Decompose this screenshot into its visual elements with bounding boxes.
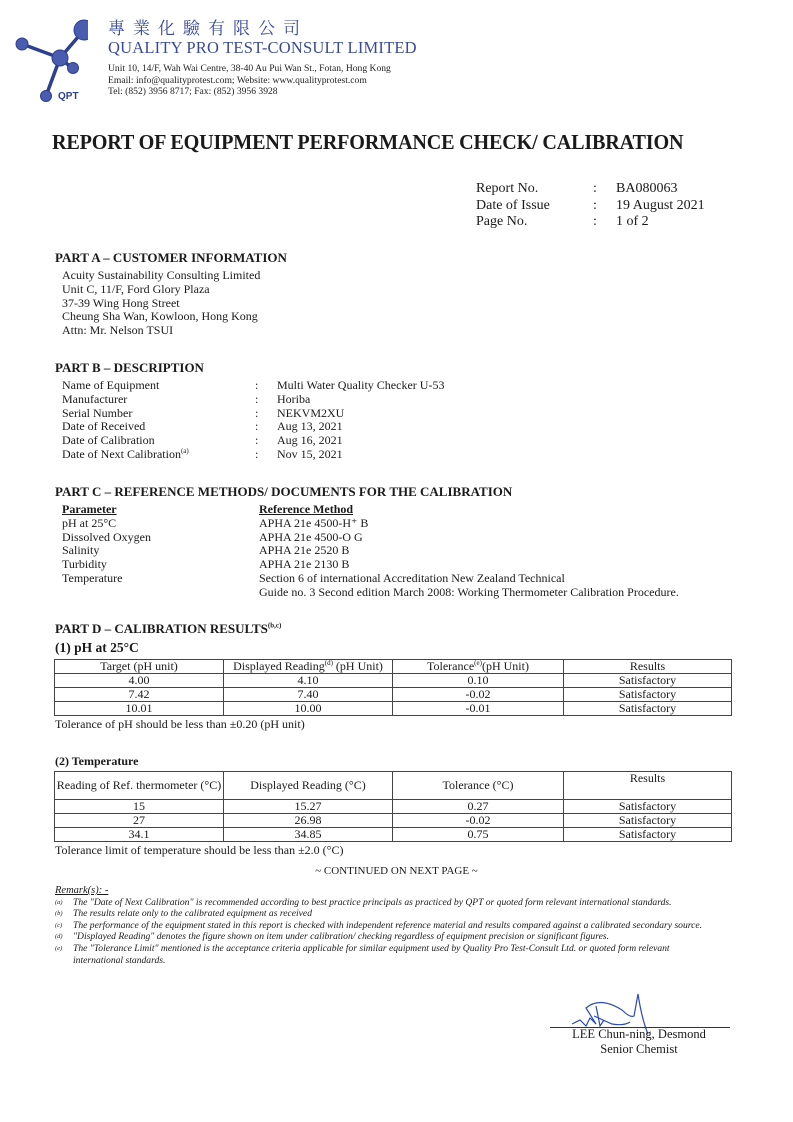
equipment-description: Name of Equipment:Multi Water Quality Ch… xyxy=(62,379,444,462)
method: APHA 21e 4500-H⁺ B xyxy=(259,517,368,531)
meta-label: Report No. xyxy=(476,181,593,198)
contact-line: Email: info@qualityprotest.com; Website:… xyxy=(108,75,391,87)
remark-marker: (a) xyxy=(55,897,73,909)
field-sep: : xyxy=(255,434,277,448)
description-row: Serial Number:NEKVM2XU xyxy=(62,407,444,421)
temperature-tolerance-note: Tolerance limit of temperature should be… xyxy=(55,844,343,858)
meta-row: Page No.:1 of 2 xyxy=(476,214,705,231)
footnote-marker: (a) xyxy=(181,447,189,455)
temperature-results-table: Reading of Ref. thermometer (°C) Display… xyxy=(54,771,732,842)
report-meta: Report No.:BA080063 Date of Issue:19 Aug… xyxy=(476,181,705,231)
footnote-marker: (e) xyxy=(474,659,482,667)
result: Satisfactory xyxy=(564,828,732,842)
description-row: Date of Next Calibration(a):Nov 15, 2021 xyxy=(62,448,444,462)
remarks: Remark(s): - (a)The "Date of Next Calibr… xyxy=(55,885,745,966)
parameter: Salinity xyxy=(62,544,259,558)
remark-item: (b)The results relate only to the calibr… xyxy=(55,908,745,920)
company-name-english: QUALITY PRO TEST-CONSULT LIMITED xyxy=(108,38,417,58)
continued-notice: ~ CONTINUED ON NEXT PAGE ~ xyxy=(0,865,793,877)
remark-text: The results relate only to the calibrate… xyxy=(73,908,312,920)
reference-reading: 27 xyxy=(55,814,224,828)
remark-item: (a)The "Date of Next Calibration" is rec… xyxy=(55,897,745,909)
method: APHA 21e 4500-O G xyxy=(259,531,363,545)
col-header: Displayed Reading (°C) xyxy=(224,772,393,800)
description-row: Date of Calibration:Aug 16, 2021 xyxy=(62,434,444,448)
part-c-heading: PART C – REFERENCE METHODS/ DOCUMENTS FO… xyxy=(55,484,512,500)
table-row: 10.0110.00-0.01Satisfactory xyxy=(55,702,732,716)
company-name-chinese: 專業化驗有限公司 xyxy=(108,14,308,39)
equipment-name: Multi Water Quality Checker U-53 xyxy=(277,379,444,393)
reference-row: TurbidityAPHA 21e 2130 B xyxy=(62,558,679,572)
displayed-reading: 34.85 xyxy=(224,828,393,842)
reference-reading: 34.1 xyxy=(55,828,224,842)
result: Satisfactory xyxy=(564,814,732,828)
col-header-text: Tolerance xyxy=(427,659,474,673)
ph-results-table: Target (pH unit) Displayed Reading(d) (p… xyxy=(54,659,732,716)
table-row: 4.004.100.10Satisfactory xyxy=(55,674,732,688)
reference-methods: ParameterReference Method pH at 25°CAPHA… xyxy=(62,503,679,600)
col-header: Tolerance(e)(pH Unit) xyxy=(393,660,564,674)
meta-label: Date of Issue xyxy=(476,198,593,215)
field-label: Serial Number xyxy=(62,407,255,421)
remark-item: (c)The performance of the equipment stat… xyxy=(55,920,745,932)
field-sep: : xyxy=(255,448,277,462)
customer-info: Acuity Sustainability Consulting Limited… xyxy=(62,269,260,338)
method: APHA 21e 2520 B xyxy=(259,544,349,558)
result: Satisfactory xyxy=(564,800,732,814)
target-value: 4.00 xyxy=(55,674,224,688)
target-value: 10.01 xyxy=(55,702,224,716)
field-sep: : xyxy=(255,420,277,434)
field-label: Date of Calibration xyxy=(62,434,255,448)
col-method: Reference Method xyxy=(259,503,353,517)
footnote-marker: (d) xyxy=(325,659,333,667)
col-parameter: Parameter xyxy=(62,503,259,517)
part-a-heading: PART A – CUSTOMER INFORMATION xyxy=(55,250,287,266)
result: Satisfactory xyxy=(564,702,732,716)
table-header-row: Target (pH unit) Displayed Reading(d) (p… xyxy=(55,660,732,674)
signatory-name: LEE Chun-ning, Desmond xyxy=(548,1027,730,1042)
parameter: pH at 25°C xyxy=(62,517,259,531)
customer-address-line: Unit C, 11/F, Ford Glory Plaza xyxy=(62,283,260,297)
part-d-heading-text: PART D – CALIBRATION RESULTS xyxy=(55,621,268,636)
table-row: 2726.98-0.02Satisfactory xyxy=(55,814,732,828)
result: Satisfactory xyxy=(564,688,732,702)
reference-row: Guide no. 3 Second edition March 2008: W… xyxy=(62,586,679,600)
field-label-text: Date of Next Calibration xyxy=(62,447,181,461)
method: Guide no. 3 Second edition March 2008: W… xyxy=(259,586,679,600)
ph-tolerance-note: Tolerance of pH should be less than ±0.2… xyxy=(55,718,305,732)
field-label: Date of Next Calibration(a) xyxy=(62,448,255,462)
table-row: 1515.270.27Satisfactory xyxy=(55,800,732,814)
col-header-text: Displayed Reading xyxy=(233,659,325,673)
field-label: Date of Received xyxy=(62,420,255,434)
signatory: LEE Chun-ning, Desmond Senior Chemist xyxy=(548,1027,730,1057)
description-row: Manufacturer:Horiba xyxy=(62,393,444,407)
meta-row: Report No.:BA080063 xyxy=(476,181,705,198)
remark-marker: (d) xyxy=(55,931,73,943)
reference-row: SalinityAPHA 21e 2520 B xyxy=(62,544,679,558)
part-d-heading: PART D – CALIBRATION RESULTS(b,c) xyxy=(55,621,281,637)
field-sep: : xyxy=(255,407,277,421)
col-header: Results xyxy=(564,772,732,800)
result: Satisfactory xyxy=(564,674,732,688)
col-header: Target (pH unit) xyxy=(55,660,224,674)
customer-address-line: Cheung Sha Wan, Kowloon, Hong Kong xyxy=(62,310,260,324)
address-line: Unit 10, 14/F, Wah Wai Centre, 38-40 Au … xyxy=(108,63,391,75)
remark-item: (d)"Displayed Reading" denotes the figur… xyxy=(55,931,745,943)
temperature-section-heading: (2) Temperature xyxy=(55,754,138,769)
col-header-unit: (pH Unit) xyxy=(482,659,529,673)
date-calibration: Aug 16, 2021 xyxy=(277,434,343,448)
field-label: Name of Equipment xyxy=(62,379,255,393)
meta-row: Date of Issue:19 August 2021 xyxy=(476,198,705,215)
customer-address-line: 37-39 Wing Hong Street xyxy=(62,297,260,311)
tolerance: -0.01 xyxy=(393,702,564,716)
tolerance: -0.02 xyxy=(393,814,564,828)
parameter: Turbidity xyxy=(62,558,259,572)
remark-marker: (c) xyxy=(55,920,73,932)
remark-text: The performance of the equipment stated … xyxy=(73,920,702,932)
tolerance: 0.27 xyxy=(393,800,564,814)
tolerance: 0.10 xyxy=(393,674,564,688)
description-row: Name of Equipment:Multi Water Quality Ch… xyxy=(62,379,444,393)
reference-row: TemperatureSection 6 of international Ac… xyxy=(62,572,679,586)
displayed-reading: 7.40 xyxy=(224,688,393,702)
manufacturer: Horiba xyxy=(277,393,310,407)
reference-header: ParameterReference Method xyxy=(62,503,679,517)
reference-reading: 15 xyxy=(55,800,224,814)
svg-text:QPT: QPT xyxy=(58,91,79,102)
tolerance: 0.75 xyxy=(393,828,564,842)
page-title: REPORT OF EQUIPMENT PERFORMANCE CHECK/ C… xyxy=(52,130,683,155)
target-value: 7.42 xyxy=(55,688,224,702)
table-row: 7.427.40-0.02Satisfactory xyxy=(55,688,732,702)
table-header-row: Reading of Ref. thermometer (°C) Display… xyxy=(55,772,732,800)
issue-date: 19 August 2021 xyxy=(616,198,705,215)
ph-section-heading: (1) pH at 25°C xyxy=(55,640,139,656)
field-sep: : xyxy=(255,393,277,407)
col-header: Results xyxy=(564,660,732,674)
customer-attention: Attn: Mr. Nelson TSUI xyxy=(62,324,260,338)
footnote-marker: (b,c) xyxy=(268,622,281,630)
company-address: Unit 10, 14/F, Wah Wai Centre, 38-40 Au … xyxy=(108,63,391,98)
customer-name: Acuity Sustainability Consulting Limited xyxy=(62,269,260,283)
parameter: Dissolved Oxygen xyxy=(62,531,259,545)
report-number: BA080063 xyxy=(616,181,677,198)
field-label: Manufacturer xyxy=(62,393,255,407)
date-next-calibration: Nov 15, 2021 xyxy=(277,448,343,462)
displayed-reading: 4.10 xyxy=(224,674,393,688)
tolerance: -0.02 xyxy=(393,688,564,702)
page-number: 1 of 2 xyxy=(616,214,649,231)
method: Section 6 of international Accreditation… xyxy=(259,572,565,586)
field-sep: : xyxy=(255,379,277,393)
displayed-reading: 10.00 xyxy=(224,702,393,716)
remark-marker: (b) xyxy=(55,908,73,920)
parameter xyxy=(62,586,259,600)
description-row: Date of Received:Aug 13, 2021 xyxy=(62,420,444,434)
remarks-heading: Remark(s): - xyxy=(55,885,745,897)
method: APHA 21e 2130 B xyxy=(259,558,349,572)
company-logo: QPT xyxy=(8,10,88,102)
meta-sep: : xyxy=(593,198,616,215)
phone-line: Tel: (852) 3956 8717; Fax: (852) 3956 39… xyxy=(108,86,391,98)
molecule-logo-icon: QPT xyxy=(8,10,88,102)
serial-number: NEKVM2XU xyxy=(277,407,344,421)
meta-sep: : xyxy=(593,214,616,231)
col-header: Reading of Ref. thermometer (°C) xyxy=(55,772,224,800)
meta-label: Page No. xyxy=(476,214,593,231)
remark-item: (e)The "Tolerance Limit" mentioned is th… xyxy=(55,943,745,966)
part-b-heading: PART B – DESCRIPTION xyxy=(55,360,204,376)
remark-text: "Displayed Reading" denotes the figure s… xyxy=(73,931,609,943)
displayed-reading: 15.27 xyxy=(224,800,393,814)
meta-sep: : xyxy=(593,181,616,198)
col-header: Tolerance (°C) xyxy=(393,772,564,800)
table-row: 34.134.850.75Satisfactory xyxy=(55,828,732,842)
signatory-title: Senior Chemist xyxy=(548,1042,730,1057)
reference-row: Dissolved OxygenAPHA 21e 4500-O G xyxy=(62,531,679,545)
displayed-reading: 26.98 xyxy=(224,814,393,828)
remark-text: The "Tolerance Limit" mentioned is the a… xyxy=(73,943,693,966)
remark-marker: (e) xyxy=(55,943,73,966)
reference-row: pH at 25°CAPHA 21e 4500-H⁺ B xyxy=(62,517,679,531)
col-header-unit: (pH Unit) xyxy=(333,659,383,673)
date-received: Aug 13, 2021 xyxy=(277,420,343,434)
col-header: Displayed Reading(d) (pH Unit) xyxy=(224,660,393,674)
remark-text: The "Date of Next Calibration" is recomm… xyxy=(73,897,672,909)
parameter: Temperature xyxy=(62,572,259,586)
